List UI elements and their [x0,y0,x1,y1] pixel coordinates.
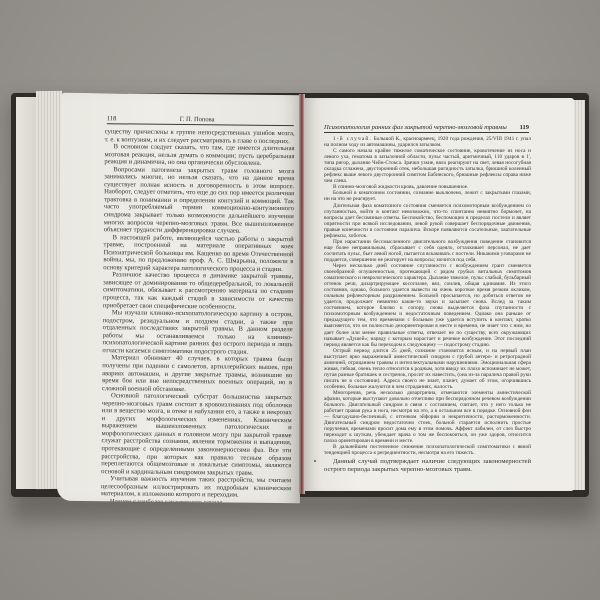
right-page-body: 1-й случай. Большой К., красноармеец, 19… [324,136,531,473]
paragraph: Различное качество процесса в динамике з… [103,272,293,312]
author-name: Г. П. Попова [180,116,215,123]
paragraph: С самого начала крайне тяжелое соматичес… [324,148,531,184]
paragraph: Учитывая важность изучения таких расстро… [101,475,291,500]
paragraph: В настоящей работе, являющейся частью ра… [103,234,293,274]
paragraph: В основном следует сказать, что там, где… [104,143,294,168]
paragraph: При нарастании бессмысленного двигательн… [324,239,531,263]
paragraph: Длительная фаза коматозного состояния см… [324,203,531,239]
paragraph: Острый период длится 25 дней, сознание с… [324,348,531,390]
page-number-left: 118 [107,115,117,122]
left-page[interactable]: 118 Г. П. Попова существу причислены к г… [57,93,304,504]
case-paragraph: 1-й случай. Большой К., красноармеец, 19… [324,136,531,148]
chapter-title: Психопатология ранних фаз закрытой череп… [324,124,507,131]
paragraph: Больной в коматозном состоянии, сознание… [324,190,531,202]
paragraph: Мы изучали клинико-психопатологическую к… [102,309,292,356]
right-page[interactable]: Психопатология ранних фаз закрытой череп… [304,98,574,491]
conclusion-paragraph: Данный случай подтверждает наличие следу… [324,458,531,473]
page-speck [314,460,316,462]
paragraph: Через несколько дней состояние спутаннос… [324,263,531,348]
paragraph: Материал обнимает 40 случаев, в которых … [102,355,292,395]
left-running-head: 118 Г. П. Попова [107,115,294,126]
right-page-stack [573,100,585,490]
page-number-right: 119 [520,124,529,131]
right-running-head: Психопатология ранних фаз закрытой череп… [324,124,529,133]
left-endpaper [16,97,36,489]
paragraph: Вопросами патогенеза закрытых травм голо… [104,166,295,236]
paragraph: Многоречив, речь несколько дизартрична, … [324,390,531,444]
paragraph: Основной патологический субстрат большин… [101,392,292,477]
paragraph: В дальнейшем постепенное снижение психоп… [324,444,531,456]
left-page-body: существу причислены к группе непосредств… [101,128,295,503]
